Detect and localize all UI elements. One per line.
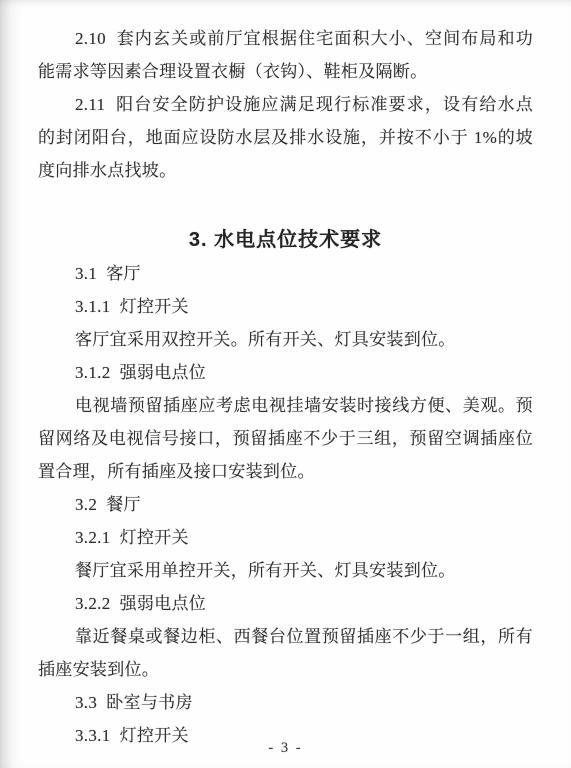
page-number: - 3 -	[0, 740, 571, 757]
text-line-3-2-1-body: 餐厅宜采用单控开关，所有开关、灯具安装到位。	[38, 554, 533, 587]
text-line-3-2-1: 3.2.1 灯控开关	[38, 521, 533, 554]
text-line-3-2-2-body-b: 插座安装到位。	[38, 653, 533, 686]
text-line-3-2-2-body-a: 靠近餐桌或餐边柜、西餐台位置预留插座不少于一组，所有	[38, 620, 533, 653]
text-line-2-11-c: 度向排水点找坡。	[38, 154, 533, 187]
text-line-3-1-2: 3.1.2 强弱电点位	[38, 356, 533, 389]
text-line-2-11-a: 2.11 阳台安全防护设施应满足现行标准要求，设有给水点	[38, 88, 533, 121]
text-line-3-2: 3.2 餐厅	[38, 488, 533, 521]
text-line-3-1-2-body-a: 电视墙预留插座应考虑电视挂墙安装时接线方便、美观。预	[38, 389, 533, 422]
text-line-3-1-2-body-c: 置合理，所有插座及接口安装到位。	[38, 455, 533, 488]
text-line-3-1-2-body-b: 留网络及电视信号接口，预留插座不少于三组，预留空调插座位	[38, 422, 533, 455]
text-line-2-10-a: 2.10 套内玄关或前厅宜根据住宅面积大小、空间布局和功	[38, 22, 533, 55]
text-line-3-3: 3.3 卧室与书房	[38, 686, 533, 719]
text-line-2-10-b: 能需求等因素合理设置衣橱（衣钩）、鞋柜及隔断。	[38, 55, 533, 88]
text-line-2-11-b: 的封闭阳台，地面应设防水层及排水设施，并按不小于 1%的坡	[38, 121, 533, 154]
document-page: 2.10 套内玄关或前厅宜根据住宅面积大小、空间布局和功 能需求等因素合理设置衣…	[0, 0, 571, 768]
text-line-3-1-1: 3.1.1 灯控开关	[38, 290, 533, 323]
text-line-3-1: 3.1 客厅	[38, 257, 533, 290]
section-heading: 3. 水电点位技术要求	[38, 223, 533, 257]
text-line-3-2-2: 3.2.2 强弱电点位	[38, 587, 533, 620]
text-line-3-1-1-body: 客厅宜采用双控开关。所有开关、灯具安装到位。	[38, 323, 533, 356]
